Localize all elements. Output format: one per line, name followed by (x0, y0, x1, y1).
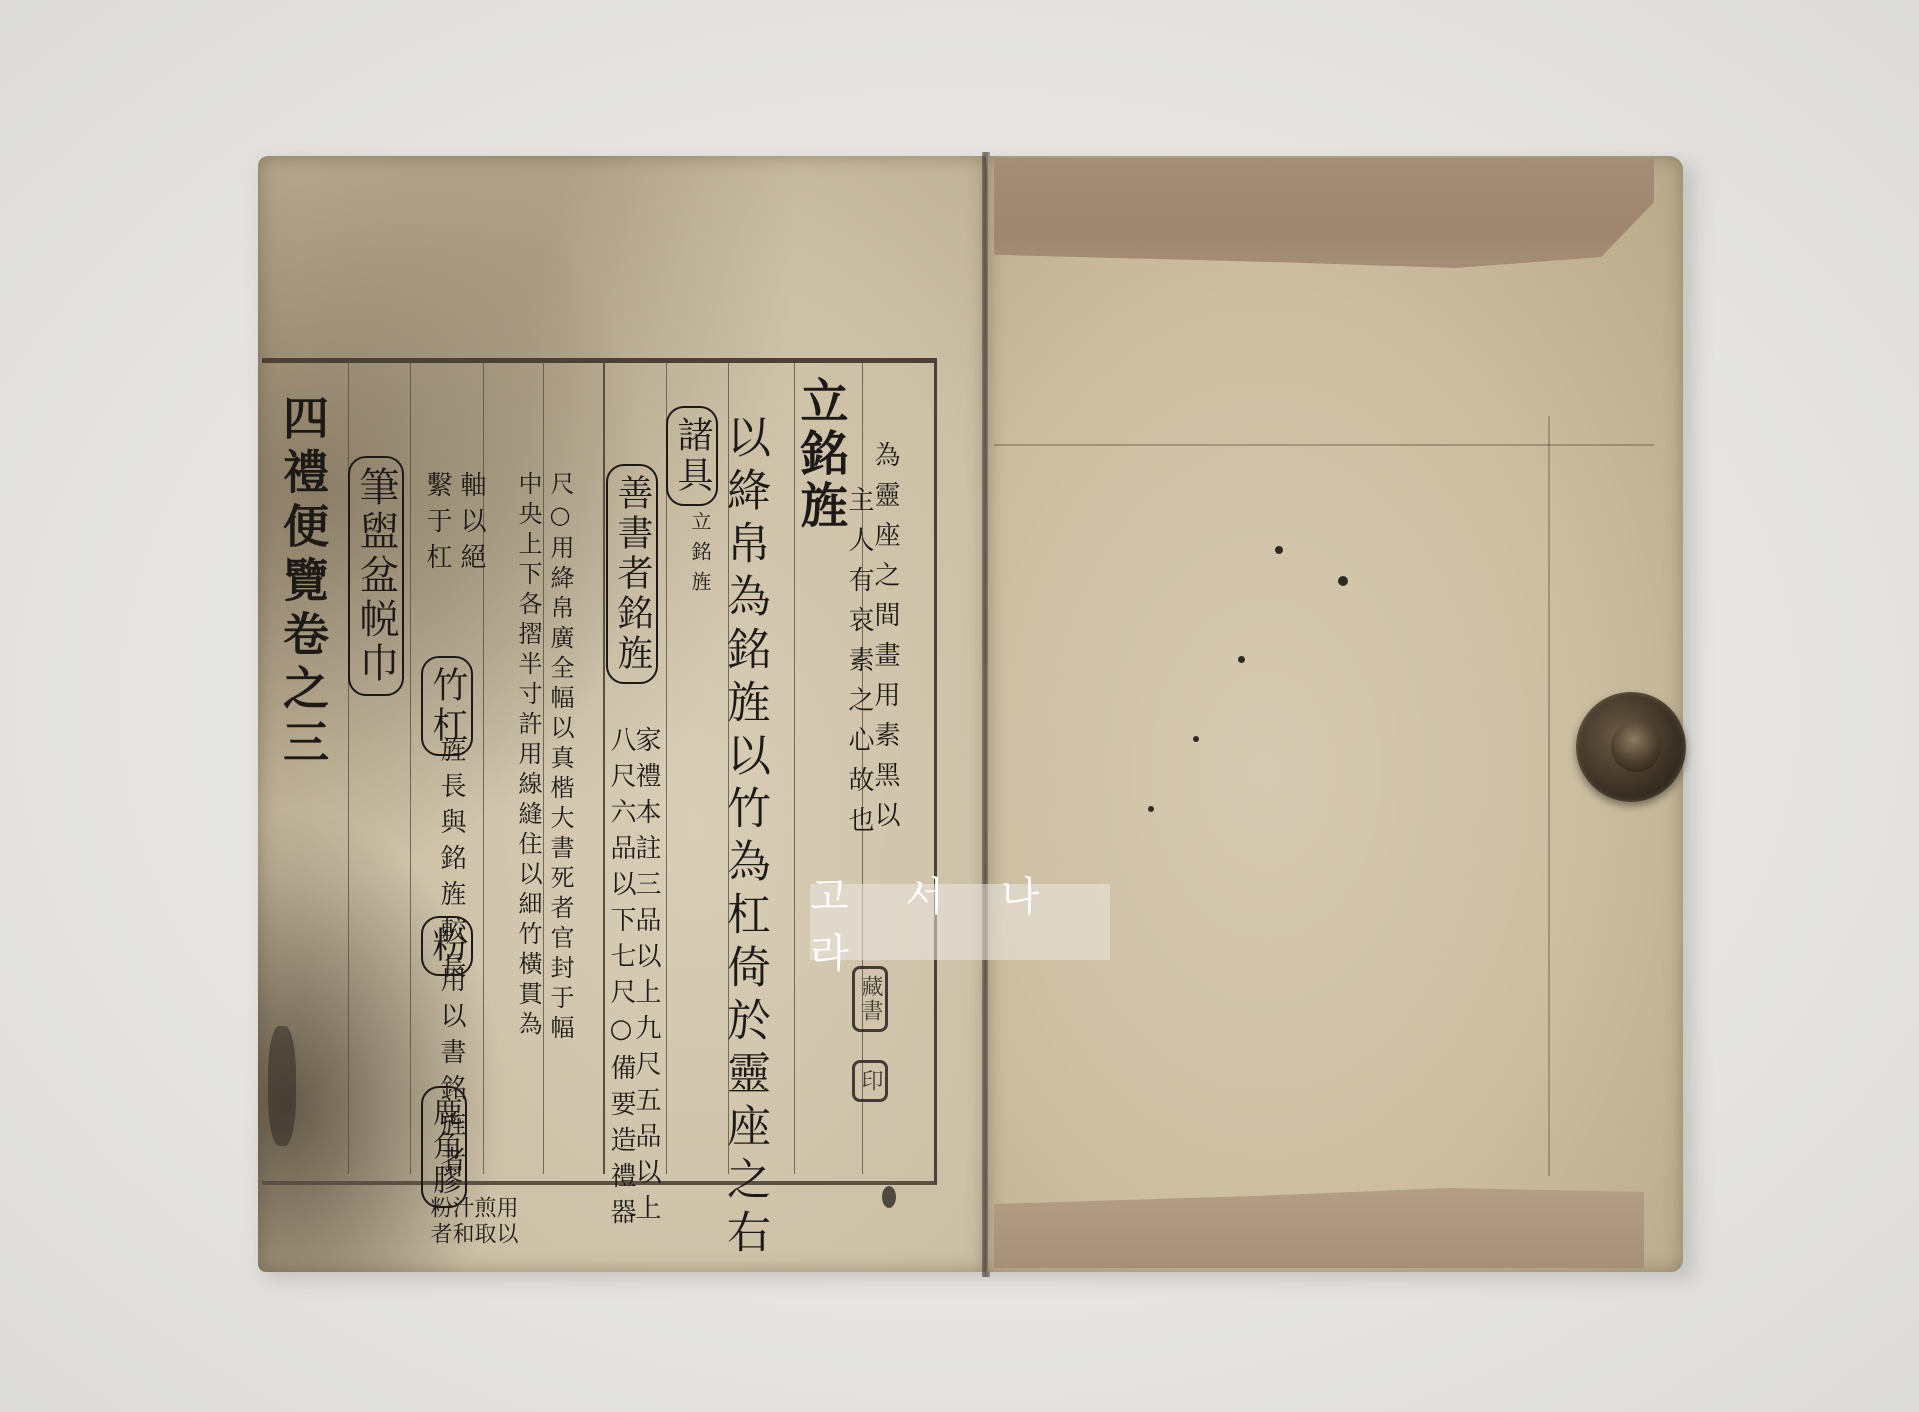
sub-label: 立銘旌 (690, 511, 710, 601)
note-column: 旌長與銘旌較長 (438, 736, 464, 988)
boxed-label-biyan: 筆盥盆帨巾 (348, 456, 404, 696)
repair-band-top (994, 158, 1654, 268)
note-column: 用以煎取汁和粉者 (428, 1196, 516, 1272)
column-rule (410, 362, 411, 1174)
clasp-knob (1611, 722, 1661, 772)
ink-spot (1338, 576, 1348, 586)
ink-spot (1148, 806, 1154, 812)
note-column-2: 主人有哀素之心故也 (846, 486, 872, 846)
page-crease (994, 444, 1654, 446)
boxed-label-zhuju: 諸具 (666, 406, 718, 506)
watermark: 고 서 나 라 (810, 884, 1110, 960)
ink-spot (1275, 546, 1283, 554)
note-column: 用以書銘旌者 (438, 966, 464, 1182)
column-rule (543, 362, 544, 1174)
note-column: 尺○用絳帛廣全幅以真楷大書死者官封于幅 (548, 471, 572, 1045)
left-page: 四禮便覽卷之三 立銘旌 以絳帛為銘旌以竹為杠倚於靈座之右 為靈座之間畫用素黑以 … (258, 156, 986, 1272)
ink-spot (1193, 736, 1199, 742)
boxed-label-shanshuzhe: 善書者銘旌 (606, 464, 658, 684)
open-book: 四禮便覽卷之三 立銘旌 以絳帛為銘旌以竹為杠倚於靈座之右 為靈座之間畫用素黑以 … (258, 152, 1698, 1277)
note-column: 繫于杠 (424, 471, 450, 579)
repair-band-bottom (994, 1188, 1644, 1268)
ink-spot (1238, 656, 1245, 663)
ink-stain (268, 1026, 296, 1146)
page-crease (1548, 416, 1550, 1176)
note-column-1: 為靈座之間畫用素黑以 (872, 441, 898, 841)
column-rule (603, 362, 605, 1174)
ink-stain (882, 1186, 896, 1208)
brass-clasp (1576, 692, 1686, 802)
note-column: 中央上下各摺半寸許用線縫住以細竹橫貫為 (516, 471, 540, 1041)
note-column: 八尺六品以下七尺○備要造禮器 (608, 726, 634, 1234)
section-heading: 立銘旌 (796, 376, 844, 532)
note-column: 軸以絕 (458, 471, 484, 579)
right-page (988, 156, 1683, 1272)
collector-seal-2: 印 (852, 1060, 888, 1102)
note-column: 家禮本註三品以上九尺五品以上 (633, 726, 659, 1230)
main-text-column: 以絳帛為銘旌以竹為杠倚於靈座之右 (722, 414, 766, 1262)
book-title-column: 四禮便覽卷之三 (280, 394, 326, 772)
